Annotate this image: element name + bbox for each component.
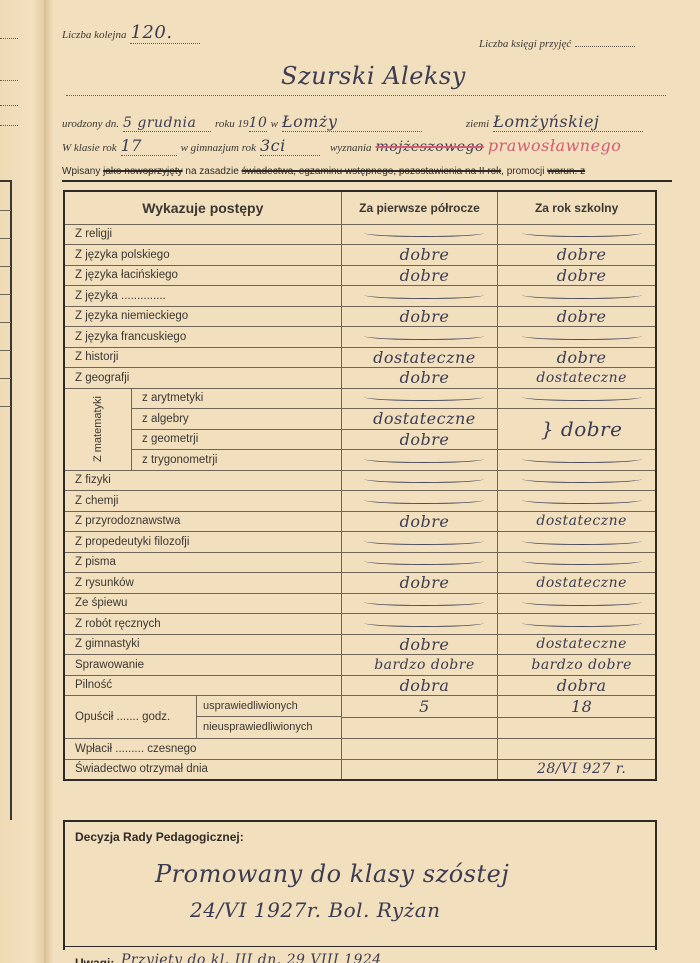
- grade-first: [341, 450, 498, 471]
- grade-year: dostateczne: [498, 634, 656, 655]
- grade-first: dobra: [341, 675, 498, 696]
- math-group-text: Z matematyki: [92, 396, 104, 462]
- born-place: Łomży: [282, 112, 422, 132]
- subject-label: Z fizyki: [64, 470, 341, 491]
- grade-value: dobra: [400, 676, 450, 695]
- grade-first: [341, 491, 498, 512]
- certificate-label: Świadectwo otrzymał dnia: [64, 759, 341, 780]
- unexcused-year: [498, 717, 656, 739]
- grade-year: bardzo dobre: [498, 655, 656, 676]
- subject-label: Z robót ręcznych: [64, 614, 341, 635]
- register-value: [575, 46, 635, 47]
- grade-year: dobre: [498, 347, 656, 368]
- certificate-first: [341, 759, 498, 780]
- subject-label: Z chemji: [64, 491, 341, 512]
- absence-label: Opuścił ....... godz.: [65, 696, 197, 738]
- tuition-row: Wpłacił ......... czesnego: [64, 739, 656, 760]
- subject-label: Z propedeutyki filozofji: [64, 532, 341, 553]
- subject-label: Z geografji: [64, 368, 341, 389]
- grades-table: Wykazuje postępy Za pierwsze półrocze Za…: [63, 190, 657, 781]
- grade-first: dobre: [341, 511, 498, 532]
- subject-label: Z rysunków: [64, 573, 341, 594]
- grade-year: dobra: [498, 675, 656, 696]
- grade-year: dostateczne: [498, 368, 656, 389]
- table-row: Z historjidostatecznedobre: [64, 347, 656, 368]
- table-row: Z przyrodoznawstwadobredostateczne: [64, 511, 656, 532]
- grade-value: dobre: [557, 307, 607, 326]
- born-year-label: roku 19: [215, 118, 249, 130]
- table-row: Z gimnastykidobredostateczne: [64, 634, 656, 655]
- remarks-text: Przyjęty do kl. III dn. 29 VIII 1924: [121, 952, 382, 963]
- math-group-label: Z matematyki: [64, 388, 132, 470]
- prev-page-dotline: [0, 80, 18, 81]
- grade-first: dobre: [341, 306, 498, 327]
- born-place-label: w: [271, 118, 278, 130]
- subject-label: z arytmetyki: [132, 388, 342, 409]
- grade-value: dobre: [557, 348, 607, 367]
- header-school-year: Za rok szkolny: [498, 191, 656, 224]
- grade-first: [341, 286, 498, 307]
- enrollment-prefix: Wpisany: [62, 166, 100, 177]
- subject-label: Z języka polskiego: [64, 245, 341, 266]
- grade-value: dobre: [400, 512, 450, 531]
- born-day: 5 grudnia: [123, 115, 211, 132]
- table-row: Z fizyki: [64, 470, 656, 491]
- grade-year: [498, 491, 656, 512]
- enrollment-middle: na zasadzie: [185, 166, 238, 177]
- enrollment-struck-2: świadectwa, egzaminu wstępnego, pozostaw…: [242, 166, 502, 177]
- grade-first: dobre: [341, 245, 498, 266]
- subject-label: z geometrji: [132, 429, 342, 450]
- grade-year: [498, 327, 656, 348]
- subject-label: Pilność: [64, 675, 341, 696]
- subject-label: Z przyrodoznawstwa: [64, 511, 341, 532]
- student-name-line: Szurski Aleksy: [66, 60, 666, 96]
- excused-first: 5: [341, 696, 498, 718]
- register-field: Liczba księgi przyjęć: [479, 34, 635, 52]
- grade-value: dostateczne: [373, 409, 476, 428]
- grade-year: } dobre: [498, 409, 656, 450]
- enrollment-suffix: , promocji: [501, 166, 544, 177]
- land-value: Łomżyńskiej: [493, 112, 643, 132]
- remarks-label: Uwagi:: [75, 956, 114, 963]
- prev-page-dotline: [0, 125, 18, 126]
- grade-year: [498, 450, 656, 471]
- grade-first: dobre: [341, 634, 498, 655]
- grade-value: dobre: [400, 266, 450, 285]
- subject-label: Z gimnastyki: [64, 634, 341, 655]
- subject-label: Z języka francuskiego: [64, 327, 341, 348]
- subject-label: Z historji: [64, 347, 341, 368]
- grade-value: dobre: [557, 245, 607, 264]
- grade-first: [341, 552, 498, 573]
- table-row: Z języka niemieckiegodobredobre: [64, 306, 656, 327]
- decision-box: Decyzja Rady Pedagogicznej: Promowany do…: [63, 820, 657, 950]
- subject-label: z algebry: [132, 409, 342, 430]
- grade-value: dostateczne: [536, 575, 626, 591]
- grade-value: dobre: [400, 635, 450, 654]
- table-row: Z chemji: [64, 491, 656, 512]
- remarks-divider: [65, 946, 655, 947]
- table-row: Pilnośćdobradobra: [64, 675, 656, 696]
- subject-label: Sprawowanie: [64, 655, 341, 676]
- religion-struck: mojżeszowego: [376, 139, 484, 155]
- grade-year: [498, 388, 656, 409]
- grade-year: [498, 593, 656, 614]
- excused-year: 18: [498, 696, 656, 718]
- born-year: 10: [249, 115, 267, 132]
- certificate-date: 28/VI 927 r.: [537, 761, 626, 777]
- religion-label: wyznania: [330, 142, 372, 154]
- grade-first: [341, 470, 498, 491]
- decision-label: Decyzja Rady Pedagogicznej:: [75, 830, 244, 844]
- enrollment-struck-1: jako nowoprzyjęty: [103, 166, 182, 177]
- tuition-first: [341, 739, 498, 760]
- gym-year-label: w gimnazjum rok: [181, 142, 256, 154]
- land-label: ziemi: [466, 118, 489, 130]
- born-label: urodzony dn.: [62, 118, 119, 130]
- grade-first: [341, 532, 498, 553]
- serial-field: Liczba kolejna 120.: [62, 22, 200, 44]
- grade-value: dobre: [400, 307, 450, 326]
- enrollment-struck-3: warun. z: [547, 166, 585, 177]
- grade-first: [341, 327, 498, 348]
- unexcused-label: nieusprawiedliwionych: [197, 717, 341, 738]
- excused-label: usprawiedliwionych: [197, 696, 341, 717]
- decision-signature: 24/VI 1927r. Bol. Ryżan: [190, 898, 441, 922]
- tuition-label: Wpłacił ......... czesnego: [64, 739, 341, 760]
- table-row: Z robót ręcznych: [64, 614, 656, 635]
- birth-line: urodzony dn. 5 grudnia roku 1910 w Łomży…: [62, 112, 662, 132]
- record-page: Liczba kolejna 120. Liczba księgi przyję…: [54, 0, 700, 963]
- subject-label: z trygonometrji: [132, 450, 342, 471]
- grade-value: dobre: [400, 368, 450, 387]
- grade-first: [341, 593, 498, 614]
- prev-page-dotline: [0, 38, 18, 39]
- table-row: Z geografjidobredostateczne: [64, 368, 656, 389]
- class-age-label: W klasie rok: [62, 142, 117, 154]
- gym-year-value: 3ci: [260, 136, 320, 156]
- absence-cell: Opuścił ....... godz. usprawiedliwionych…: [64, 696, 341, 739]
- grade-value: dobre: [557, 266, 607, 285]
- table-row: Z religji: [64, 224, 656, 245]
- grade-first: bardzo dobre: [341, 655, 498, 676]
- enrollment-line: Wpisany jako nowoprzyjęty na zasadzie św…: [62, 166, 672, 182]
- grade-value: dostateczne: [373, 348, 476, 367]
- table-row: Ze śpiewu: [64, 593, 656, 614]
- table-row: Z języka francuskiego: [64, 327, 656, 348]
- grade-value: dobre: [400, 430, 450, 449]
- grade-first: [341, 614, 498, 635]
- grade-value: dostateczne: [536, 636, 626, 652]
- grade-value: } dobre: [541, 417, 623, 441]
- table-row: Sprawowaniebardzo dobrebardzo dobre: [64, 655, 656, 676]
- subject-label: Z języka niemieckiego: [64, 306, 341, 327]
- register-label: Liczba księgi przyjęć: [479, 38, 571, 50]
- grade-value: bardzo dobre: [374, 657, 475, 673]
- previous-page-edge: [0, 0, 48, 963]
- subject-label: Z pisma: [64, 552, 341, 573]
- grade-year: [498, 470, 656, 491]
- grade-value: dobra: [557, 676, 607, 695]
- table-row: Z matematyki z arytmetyki: [64, 388, 656, 409]
- header-first-semester: Za pierwsze półrocze: [341, 191, 498, 224]
- decision-text: Promowany do klasy szóstej: [155, 860, 509, 888]
- grade-year: [498, 532, 656, 553]
- subject-label: Ze śpiewu: [64, 593, 341, 614]
- grade-first: dostateczne: [341, 409, 498, 430]
- header-progress: Wykazuje postępy: [64, 191, 341, 224]
- table-row: Z rysunkówdobredostateczne: [64, 573, 656, 594]
- grade-year: dobre: [498, 245, 656, 266]
- certificate-year: 28/VI 927 r.: [498, 759, 656, 780]
- grade-first: dobre: [341, 573, 498, 594]
- class-age-value: 17: [121, 136, 177, 156]
- grade-value: bardzo dobre: [531, 657, 632, 673]
- religion-value: prawosławnego: [488, 136, 622, 155]
- grade-first: [341, 388, 498, 409]
- certificate-row: Świadectwo otrzymał dnia28/VI 927 r.: [64, 759, 656, 780]
- table-row: z algebrydostateczne} dobre: [64, 409, 656, 430]
- prev-page-dotline: [0, 105, 18, 106]
- grade-first: [341, 224, 498, 245]
- grade-year: dobre: [498, 265, 656, 286]
- grade-value: 18: [571, 697, 592, 716]
- subject-label: Z języka łacińskiego: [64, 265, 341, 286]
- grade-first: dobre: [341, 368, 498, 389]
- book-gutter: [44, 0, 54, 963]
- grade-year: [498, 224, 656, 245]
- grade-value: 5: [419, 697, 430, 716]
- subject-label: Z języka ..............: [64, 286, 341, 307]
- grade-year: dobre: [498, 306, 656, 327]
- grade-year: dostateczne: [498, 573, 656, 594]
- table-row: Z języka łacińskiegodobredobre: [64, 265, 656, 286]
- grade-value: dostateczne: [536, 513, 626, 529]
- subject-label: Z religji: [64, 224, 341, 245]
- table-row: Z języka ..............: [64, 286, 656, 307]
- grade-value: dobre: [400, 245, 450, 264]
- grade-first: dobre: [341, 265, 498, 286]
- absence-row-excused: Opuścił ....... godz. usprawiedliwionych…: [64, 696, 656, 718]
- grade-year: [498, 614, 656, 635]
- grade-year: [498, 286, 656, 307]
- grade-value: dostateczne: [536, 370, 626, 386]
- grade-first: dobre: [341, 429, 498, 450]
- grade-year: dostateczne: [498, 511, 656, 532]
- unexcused-first: [341, 717, 498, 739]
- table-row: z trygonometrji: [64, 450, 656, 471]
- serial-value: 120.: [130, 22, 200, 44]
- prev-page-table-edge: [0, 180, 12, 820]
- table-row: Z pisma: [64, 552, 656, 573]
- table-row: Z języka polskiegodobredobre: [64, 245, 656, 266]
- class-line: W klasie rok 17 w gimnazjum rok 3ci wyzn…: [62, 136, 700, 156]
- student-name: Szurski Aleksy: [281, 62, 466, 90]
- grade-first: dostateczne: [341, 347, 498, 368]
- grade-year: [498, 552, 656, 573]
- grade-value: dobre: [400, 573, 450, 592]
- tuition-year: [498, 739, 656, 760]
- serial-label: Liczba kolejna: [62, 29, 126, 41]
- table-header-row: Wykazuje postępy Za pierwsze półrocze Za…: [64, 191, 656, 224]
- table-row: Z propedeutyki filozofji: [64, 532, 656, 553]
